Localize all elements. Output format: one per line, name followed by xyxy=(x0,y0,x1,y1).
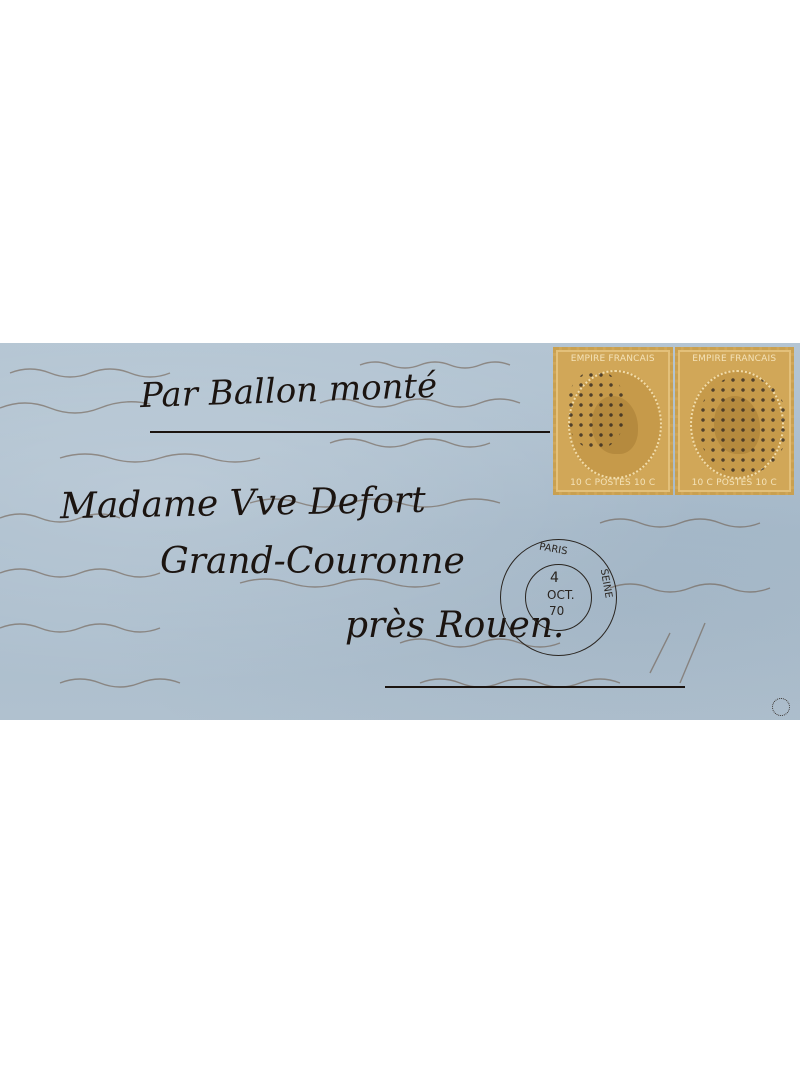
address-recipient: Madame Vve Defort xyxy=(60,480,426,527)
stamp-top-inscription: EMPIRE FRANCAIS xyxy=(564,354,662,364)
expert-cachet-icon xyxy=(772,698,790,716)
postmark-month: OCT. xyxy=(547,588,575,602)
stamp-left: EMPIRE FRANCAIS 10 C POSTES 10 C xyxy=(553,347,673,495)
stamp-right: EMPIRE FRANCAIS 10 C POSTES 10 C xyxy=(675,347,795,495)
stamp-top-inscription: EMPIRE FRANCAIS xyxy=(686,354,784,364)
stamp-pair: EMPIRE FRANCAIS 10 C POSTES 10 C EMPIRE … xyxy=(553,347,796,495)
postmark-city: PARIS xyxy=(538,542,568,558)
stamp-bottom-inscription: 10 C POSTES 10 C xyxy=(686,478,784,488)
stamp-bottom-inscription: 10 C POSTES 10 C xyxy=(564,478,662,488)
cancellation-mark xyxy=(698,375,788,475)
address-underline xyxy=(385,686,685,688)
circular-date-postmark: PARIS SEINE 4 OCT. 70 xyxy=(500,539,617,656)
endorsement-underline xyxy=(150,431,550,433)
postmark-year: 70 xyxy=(549,604,564,618)
postmark-day: 4 xyxy=(550,570,559,586)
address-town: Grand-Couronne xyxy=(160,541,465,582)
postmark-department: SEINE xyxy=(597,568,613,599)
cancellation-mark xyxy=(566,370,626,450)
envelope: Par Ballon monté Madame Vve Defort Grand… xyxy=(0,343,800,720)
